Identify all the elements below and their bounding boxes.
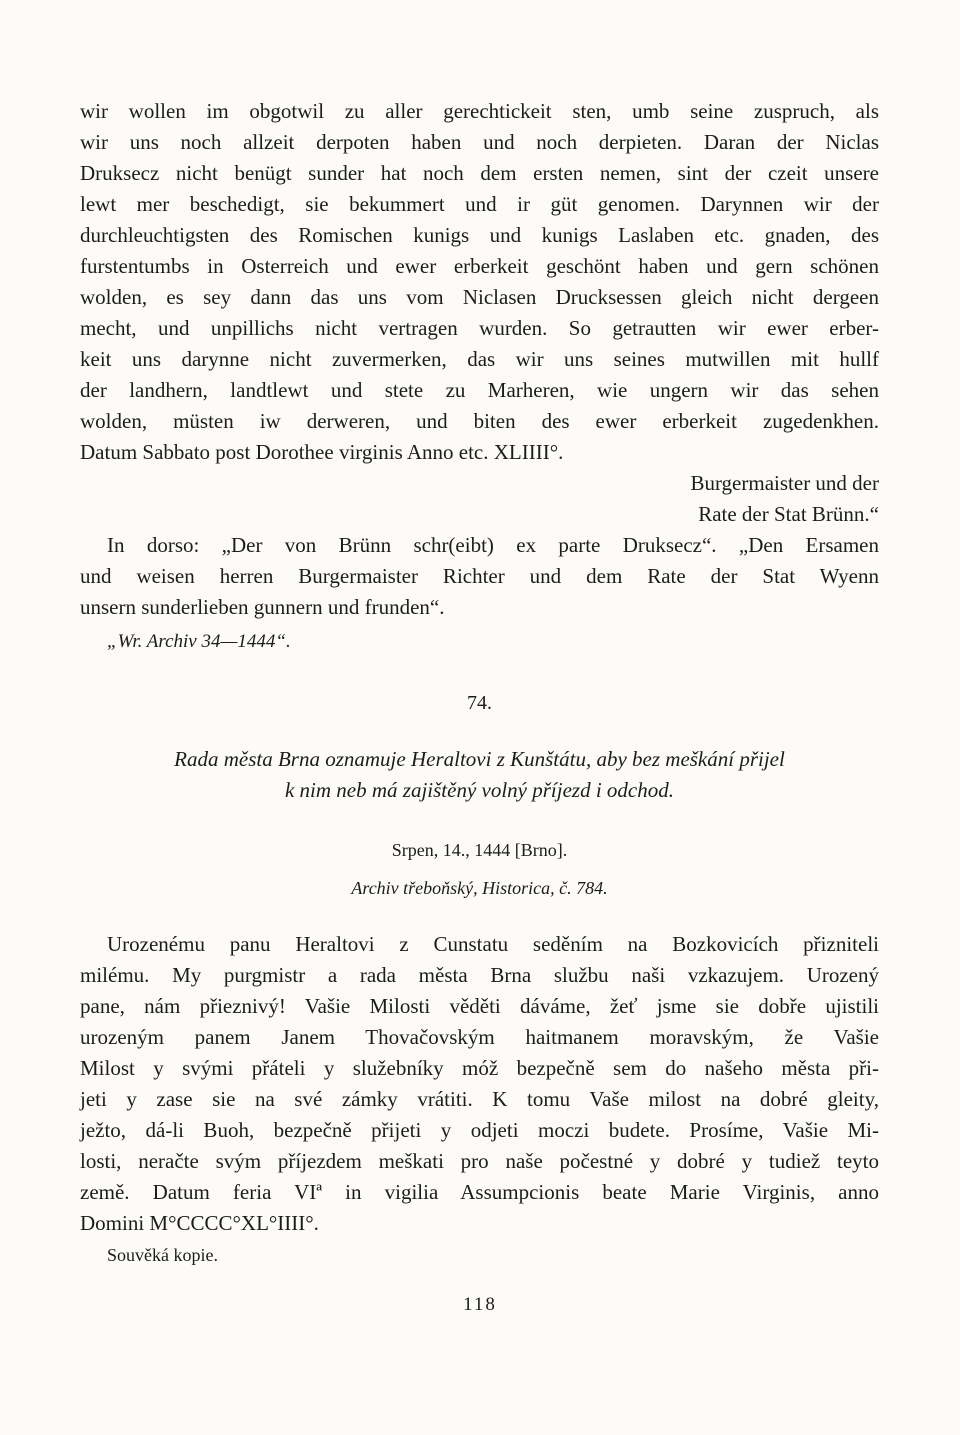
body-line: pane, nám přieznivý! Vašie Milosti vědět…: [80, 991, 879, 1022]
page-number: 118: [0, 1294, 960, 1316]
body-line: Domini M°CCCC°XL°IIII°.: [80, 1208, 879, 1239]
summary-line: Rada města Brna oznamuje Heraltovi z Kun…: [80, 744, 879, 775]
body-line: mecht, und unpillichs nicht vertragen wu…: [80, 313, 879, 344]
summary-line: k nim neb má zajištěný volný příjezd i o…: [80, 775, 879, 806]
book-page: wir wollen im obgotwil zu aller gerechti…: [0, 0, 960, 1435]
body-line: Druksecz nicht benügt sunder hat noch de…: [80, 158, 879, 189]
dorso-paragraph: In dorso: „Der von Brünn schr(eibt) ex p…: [80, 530, 879, 623]
dateline: Srpen, 14., 1444 [Brno].: [80, 837, 879, 863]
signature-line: Rate der Stat Brünn.“: [80, 499, 879, 530]
body-line: Milost y svými přáteli y služebníky móž …: [80, 1053, 879, 1084]
body-line: wolden, müsten iw derweren, und biten de…: [80, 406, 879, 437]
body-line: milému. My purgmistr a rada města Brna s…: [80, 960, 879, 991]
body-line: wolden, es sey dann das uns vom Niclasen…: [80, 282, 879, 313]
body-line: wir uns noch allzeit derpoten haben und …: [80, 127, 879, 158]
body-line: durchleuchtigsten des Romischen kunigs u…: [80, 220, 879, 251]
body-line: losti, neračte svým příjezdem meškati pr…: [80, 1146, 879, 1177]
body-line: Urozenému panu Heraltovi z Cunstatu sedě…: [80, 929, 879, 960]
archive-citation: Archiv třeboňský, Historica, č. 784.: [80, 875, 879, 901]
body-line: der landhern, landtlewt und stete zu Mar…: [80, 375, 879, 406]
body-line: jeti y zase sie na své zámky vrátiti. K …: [80, 1084, 879, 1115]
signature-line: Burgermaister und der: [80, 468, 879, 499]
dorso-line: In dorso: „Der von Brünn schr(eibt) ex p…: [80, 530, 879, 561]
body-line: urozeným panem Janem Thovačovským haitma…: [80, 1022, 879, 1053]
entry-summary: Rada města Brna oznamuje Heraltovi z Kun…: [80, 744, 879, 806]
entry-number: 74.: [80, 688, 879, 718]
text-block: wir wollen im obgotwil zu aller gerechti…: [80, 96, 879, 1268]
body-line: země. Datum feria VIª in vigilia Assumpc…: [80, 1177, 879, 1208]
body-line: furstentumbs in Osterreich und ewer erbe…: [80, 251, 879, 282]
body-line: ježto, dá-li Buoh, bezpečně přijeti y od…: [80, 1115, 879, 1146]
signature-block: Burgermaister und der Rate der Stat Brün…: [80, 468, 879, 530]
dorso-line: und weisen herren Burgermaister Richter …: [80, 561, 879, 592]
first-document-body: wir wollen im obgotwil zu aller gerechti…: [80, 96, 879, 468]
source-citation: „Wr. Archiv 34—1444“.: [80, 627, 879, 657]
second-document-body: Urozenému panu Heraltovi z Cunstatu sedě…: [80, 929, 879, 1239]
body-line: wir wollen im obgotwil zu aller gerechti…: [80, 96, 879, 127]
body-line: keit uns darynne nicht zuvermerken, das …: [80, 344, 879, 375]
copy-note: Souvěká kopie.: [80, 1242, 879, 1268]
dorso-line: unsern sunderlieben gunnern und frunden“…: [80, 592, 879, 623]
body-line: lewt mer beschedigt, sie bekummert und i…: [80, 189, 879, 220]
body-line: Datum Sabbato post Dorothee virginis Ann…: [80, 437, 879, 468]
